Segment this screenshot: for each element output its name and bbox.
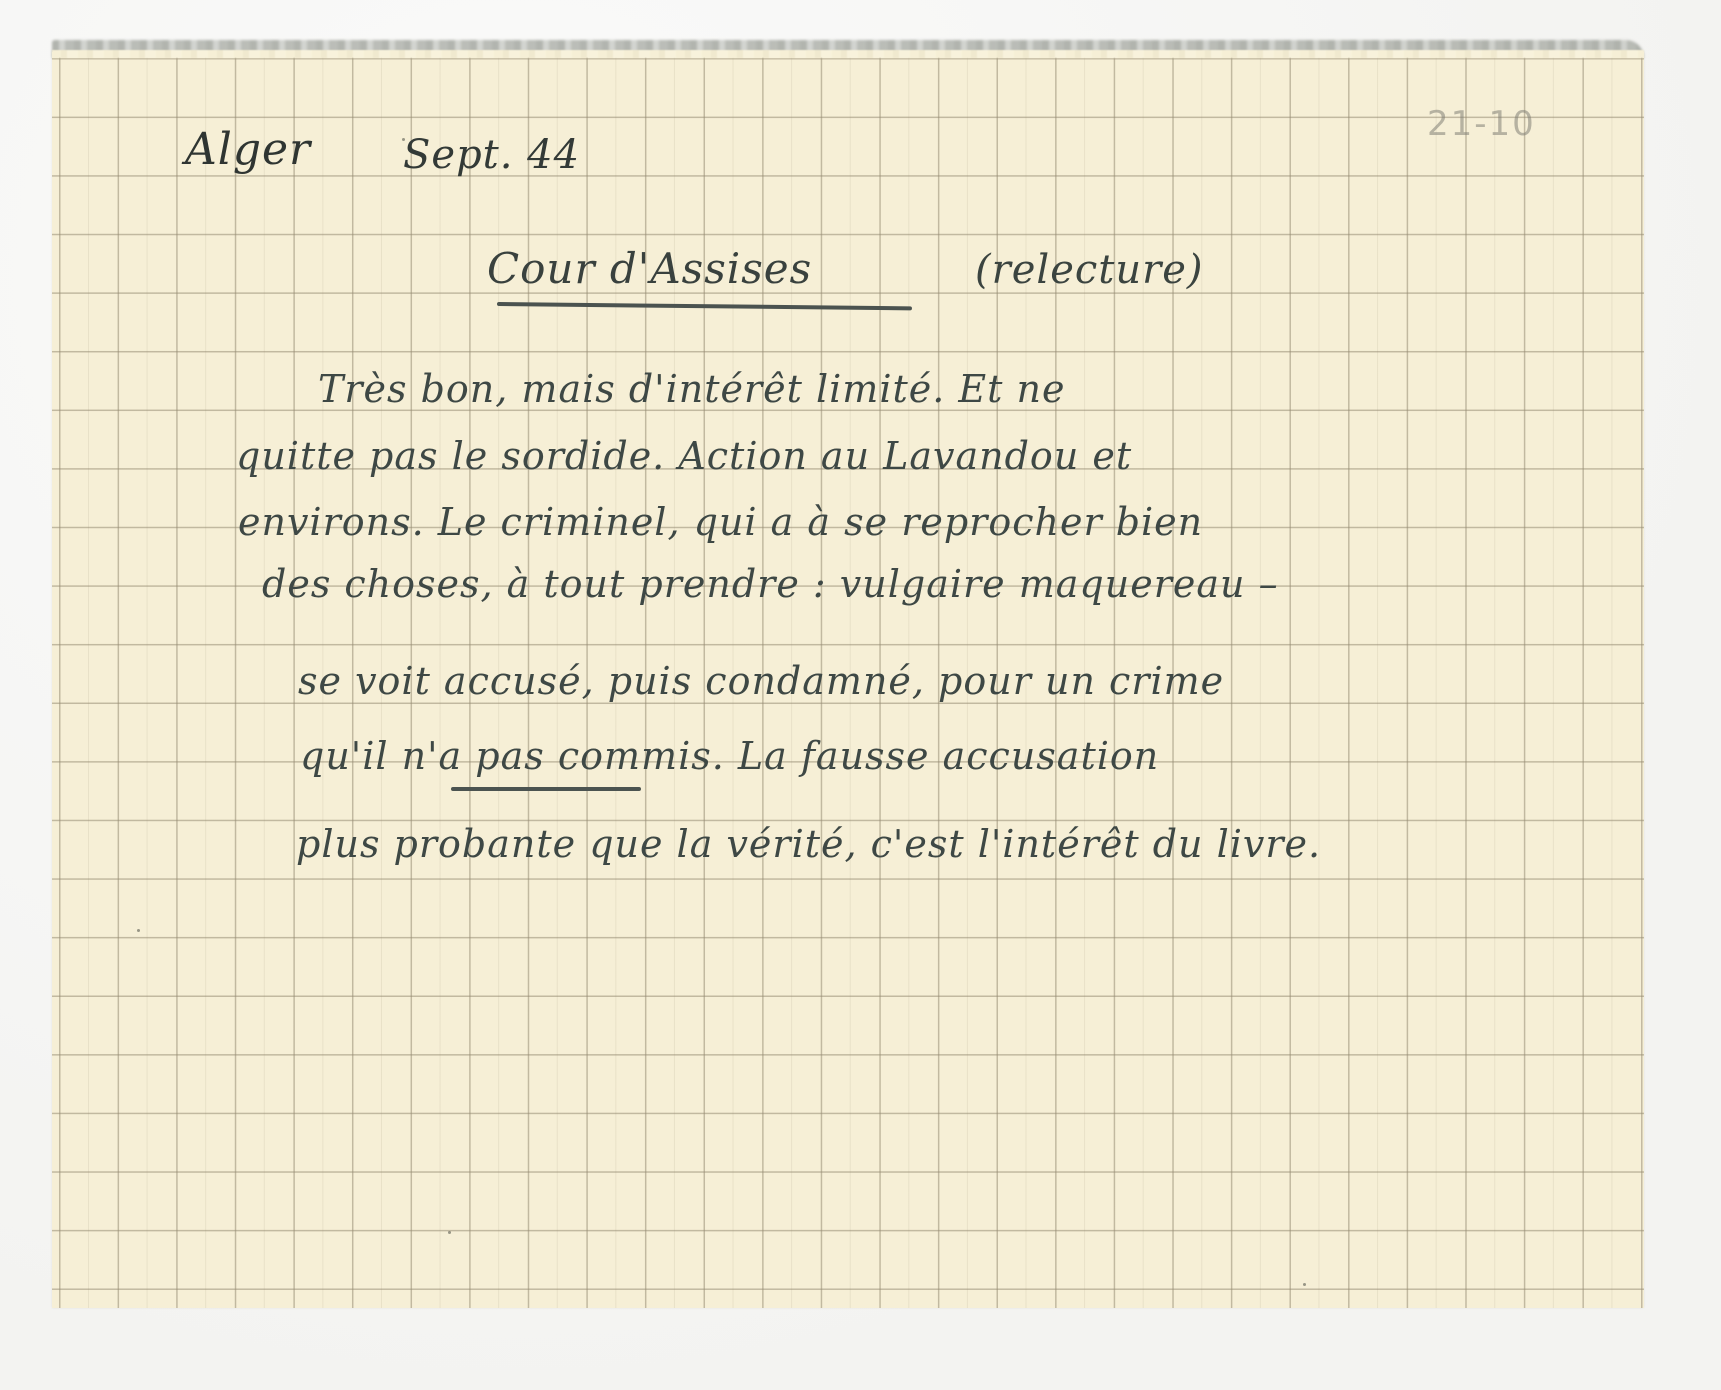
body-line-6: qu'il n'a pas commis. La fausse accusati… xyxy=(300,737,1159,775)
paper-speck xyxy=(137,929,140,932)
body-line-4: des choses, à tout prendre : vulgaire ma… xyxy=(262,565,1279,603)
paper-speck xyxy=(402,138,405,141)
note-title: Cour d'Assises xyxy=(487,248,812,290)
body-line-1: Très bon, mais d'intérêt limité. Et ne xyxy=(318,370,1065,408)
header-place: Alger xyxy=(185,128,311,172)
header-date: Sept. 44 xyxy=(403,135,580,175)
paper-speck xyxy=(1303,1283,1306,1286)
body-line-7: plus probante que la vérité, c'est l'int… xyxy=(296,825,1321,863)
note-subtitle: (relecture) xyxy=(975,250,1204,290)
body-line-3: environs. Le criminel, qui a à se reproc… xyxy=(238,503,1203,541)
paper-speck xyxy=(448,1231,451,1234)
pencil-annotation: 21-10 xyxy=(1427,107,1536,141)
torn-top-edge-fibers xyxy=(52,50,1644,58)
body-line-2: quitte pas le sordide. Action au Lavando… xyxy=(236,437,1132,475)
body-line-5: se voit accusé, puis condamné, pour un c… xyxy=(298,662,1224,700)
phrase-underline xyxy=(451,787,641,791)
